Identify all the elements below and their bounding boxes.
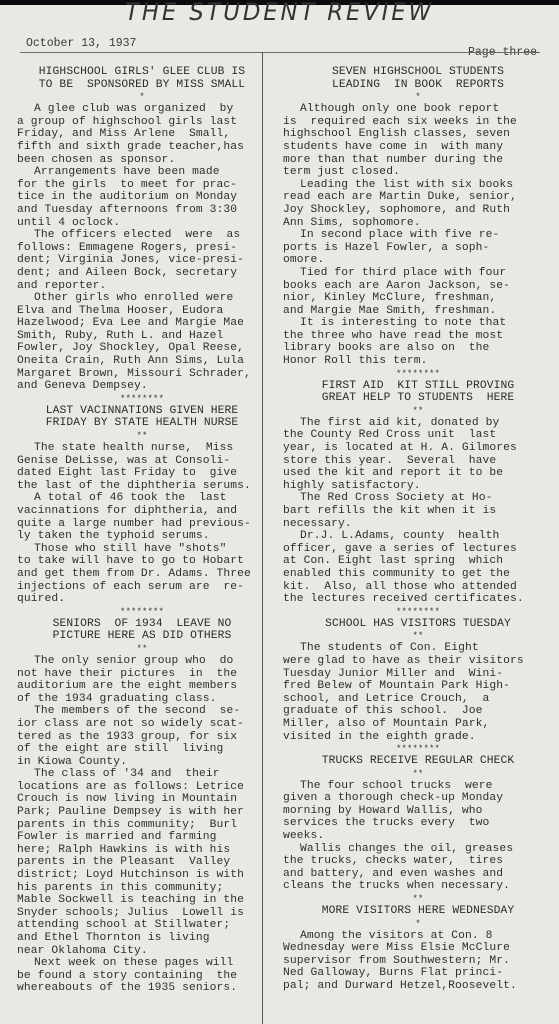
text-line: more than that number during the <box>283 154 553 167</box>
text-line: In second place with five re- <box>283 229 553 242</box>
text-line: dent; and Aileen Bock, secretary <box>17 267 267 280</box>
text-line: Among the visitors at Con. 8 <box>283 930 553 943</box>
article-headline: TO BE SPONSORED BY MISS SMALL <box>17 79 267 92</box>
text-line: highly satisfactory. <box>283 480 553 493</box>
text-line: Crouch is now living in Mountain <box>17 793 267 806</box>
text-line: for the girls to meet for prac- <box>17 179 267 192</box>
text-line: weeks. <box>283 830 553 843</box>
article: SENIORS OF 1934 LEAVE NOPICTURE HERE AS … <box>17 618 267 995</box>
text-line: near Oklahoma City. <box>17 945 267 958</box>
text-line: and Ethel Thornton is living <box>17 932 267 945</box>
text-line: vacinnations for diphtheria, and <box>17 505 267 518</box>
text-line: Arrangements have been made <box>17 166 267 179</box>
article-paragraph: The officers elected were asfollows: Emm… <box>17 229 267 292</box>
text-line: The Red Cross Society at Ho- <box>283 492 553 505</box>
asterisk-marker: ** <box>17 643 267 655</box>
text-line: Miller, also of Mountain Park, <box>283 718 553 731</box>
article-paragraph: Those who still have "shots"to take will… <box>17 543 267 606</box>
article: SEVEN HIGHSCHOOL STUDENTSLEADING IN BOOK… <box>283 66 553 380</box>
text-line: term just closed. <box>283 166 553 179</box>
text-line: Tuesday Junior Miller and Wini- <box>283 668 553 681</box>
text-line: fifth and sixth grade teacher,has <box>17 141 267 154</box>
article-headline: SCHOOL HAS VISITORS TUESDAY <box>283 618 553 631</box>
text-line: graduate of this school. Joe <box>283 705 553 718</box>
asterisk-marker: * <box>17 91 267 103</box>
text-line: Those who still have "shots" <box>17 543 267 556</box>
text-line: Margaret Brown, Missouri Schrader, <box>17 368 267 381</box>
text-line: parents in the Pleasant Valley <box>17 856 267 869</box>
text-line: Park; Pauline Dempsey is with her <box>17 806 267 819</box>
text-line: and get them from Dr. Adams. Three <box>17 568 267 581</box>
text-line: Oneita Crain, Ruth Ann Sims, Lula <box>17 355 267 368</box>
text-line: Fowler is married and farming <box>17 831 267 844</box>
text-line: Genise DeLisse, was at Consoli- <box>17 455 267 468</box>
text-line: Friday, and Miss Arlene Small, <box>17 128 267 141</box>
text-line: enabled this community to get the <box>283 568 553 581</box>
asterisk-marker: ** <box>283 630 553 642</box>
text-line: officer, gave a series of lectures <box>283 543 553 556</box>
text-line: services the trucks every two <box>283 817 553 830</box>
article-paragraph: Next week on these pages willbe found a … <box>17 957 267 995</box>
text-line: A total of 46 took the last <box>17 492 267 505</box>
text-line: The four school trucks were <box>283 780 553 793</box>
article-headline: GREAT HELP TO STUDENTS HERE <box>283 392 553 405</box>
asterisk-marker: ** <box>283 405 553 417</box>
text-line: Other girls who enrolled were <box>17 292 267 305</box>
text-line: The officers elected were as <box>17 229 267 242</box>
article-headline: MORE VISITORS HERE WEDNESDAY <box>283 905 553 918</box>
article-paragraph: The only senior group who donot have the… <box>17 655 267 705</box>
section-separator: ******** <box>283 368 553 380</box>
text-line: dent; Virginia Jones, vice-presi- <box>17 254 267 267</box>
text-line: nior, Kinley McClure, freshman, <box>283 292 553 305</box>
text-line: given a thorough check-up Monday <box>283 792 553 805</box>
text-line: A glee club was organized by <box>17 103 267 116</box>
text-line: used the kit and report it to be <box>283 467 553 480</box>
article-paragraph: The class of '34 and theirlocations are … <box>17 768 267 957</box>
section-separator: ******** <box>17 606 267 618</box>
text-line: Ned Galloway, Burns Flat princi- <box>283 967 553 980</box>
text-line: books each are Aaron Jackson, se- <box>283 280 553 293</box>
text-line: year, is located at H. A. Gilmores <box>283 442 553 455</box>
article: LAST VACINNATIONS GIVEN HEREFRIDAY BY ST… <box>17 405 267 618</box>
article-paragraph: Leading the list with six booksread each… <box>283 179 553 229</box>
text-line: library books are also on the <box>283 342 553 355</box>
article: FIRST AID KIT STILL PROVINGGREAT HELP TO… <box>283 380 553 618</box>
article-headline: PICTURE HERE AS DID OTHERS <box>17 630 267 643</box>
article: SCHOOL HAS VISITORS TUESDAY**The student… <box>283 618 553 755</box>
text-line: The students of Con. Eight <box>283 642 553 655</box>
text-line: Although only one book report <box>283 103 553 116</box>
text-line: of the eight are still living <box>17 743 267 756</box>
text-line: Snyder schools; Julius Lowell is <box>17 907 267 920</box>
article-headline: LAST VACINNATIONS GIVEN HERE <box>17 405 267 418</box>
article: MORE VISITORS HERE WEDNESDAY*Among the v… <box>283 905 553 993</box>
text-line: been chosen as sponsor. <box>17 154 267 167</box>
text-line: and Tuesday afternoons from 3:30 <box>17 204 267 217</box>
text-line: were glad to have as their visitors <box>283 655 553 668</box>
article-paragraph: Dr.J. L.Adams, county healthofficer, gav… <box>283 530 553 606</box>
text-line: the three who have read the most <box>283 330 553 343</box>
text-line: ports is Hazel Fowler, a soph- <box>283 242 553 255</box>
article-paragraph: A glee club was organized bya group of h… <box>17 103 267 166</box>
text-line: Leading the list with six books <box>283 179 553 192</box>
text-line: pal; and Durward Hetzel,Roosevelt. <box>283 980 553 993</box>
text-line: It is interesting to note that <box>283 317 553 330</box>
text-line: the lectures received certificates. <box>283 593 553 606</box>
article-paragraph: The students of Con. Eightwere glad to h… <box>283 642 553 743</box>
asterisk-marker: ** <box>17 430 267 442</box>
right-column: SEVEN HIGHSCHOOL STUDENTSLEADING IN BOOK… <box>283 66 553 993</box>
text-line: his parents in this community; <box>17 882 267 895</box>
text-line: ior class are not so widely scat- <box>17 718 267 731</box>
text-line: the last of the diphtheria serums. <box>17 480 267 493</box>
article: TRUCKS RECEIVE REGULAR CHECK**The four s… <box>283 755 553 905</box>
text-line: necessary. <box>283 518 553 531</box>
text-line: ly taken the typhoid serums. <box>17 530 267 543</box>
text-line: a group of highschool girls last <box>17 116 267 129</box>
text-line: and Margie Mae Smith, freshman. <box>283 305 553 318</box>
text-line: Wednesday were Miss Elsie McClure <box>283 942 553 955</box>
text-line: district; Loyd Hutchinson is with <box>17 869 267 882</box>
text-line: The class of '34 and their <box>17 768 267 781</box>
text-line: Fowler, Joy Shockley, Opal Reese, <box>17 342 267 355</box>
article-headline: SENIORS OF 1934 LEAVE NO <box>17 618 267 631</box>
article-paragraph: The members of the second se-ior class a… <box>17 705 267 768</box>
article-headline: SEVEN HIGHSCHOOL STUDENTS <box>283 66 553 79</box>
text-line: The state health nurse, Miss <box>17 442 267 455</box>
section-separator: ** <box>283 893 553 905</box>
text-line: Ann Sims, sophomore. <box>283 217 553 230</box>
asterisk-marker: * <box>283 91 553 103</box>
article-headline: FIRST AID KIT STILL PROVING <box>283 380 553 393</box>
article-headline: TRUCKS RECEIVE REGULAR CHECK <box>283 755 553 768</box>
text-line: fred Belew of Mountain Park High- <box>283 680 553 693</box>
article-paragraph: Arrangements have been madefor the girls… <box>17 166 267 229</box>
text-line: Wallis changes the oil, greases <box>283 843 553 856</box>
text-line: school, and Letrice Crouch, a <box>283 693 553 706</box>
text-line: read each are Martin Duke, senior, <box>283 191 553 204</box>
text-line: and Geneva Dempsey. <box>17 380 267 393</box>
header-rule <box>20 52 540 53</box>
text-line: Tied for third place with four <box>283 267 553 280</box>
text-line: attending school at Stillwater; <box>17 919 267 932</box>
text-line: Mable Sockwell is teaching in the <box>17 894 267 907</box>
text-line: at Con. Eight last spring which <box>283 555 553 568</box>
text-line: Smith, Ruby, Ruth L. and Hazel <box>17 330 267 343</box>
text-line: of the 1934 graduating class. <box>17 693 267 706</box>
article-paragraph: The first aid kit, donated bythe County … <box>283 417 553 493</box>
text-line: Elva and Thelma Hooser, Eudora <box>17 305 267 318</box>
section-separator: ******** <box>283 606 553 618</box>
text-line: and reporter. <box>17 280 267 293</box>
text-line: parents in this community; Burl <box>17 819 267 832</box>
text-line: the County Red Cross unit last <box>283 429 553 442</box>
text-line: here; Ralph Hawkins is with his <box>17 844 267 857</box>
text-line: Dr.J. L.Adams, county health <box>283 530 553 543</box>
text-line: students have come in with many <box>283 141 553 154</box>
text-line: not have their pictures in the <box>17 668 267 681</box>
article-paragraph: It is interesting to note thatthe three … <box>283 317 553 367</box>
text-line: The only senior group who do <box>17 655 267 668</box>
text-line: the trucks, checks water, tires <box>283 855 553 868</box>
text-line: Next week on these pages will <box>17 957 267 970</box>
article-paragraph: In second place with five re-ports is Ha… <box>283 229 553 267</box>
text-line: to take will have to go to Hobart <box>17 555 267 568</box>
masthead-title: THE STUDENT REVIEW <box>14 0 545 24</box>
text-line: be found a story containing the <box>17 970 267 983</box>
article-headline: FRIDAY BY STATE HEALTH NURSE <box>17 417 267 430</box>
article-paragraph: Among the visitors at Con. 8Wednesday we… <box>283 930 553 993</box>
text-line: morning by Howard Wallis, who <box>283 805 553 818</box>
article-paragraph: The state health nurse, MissGenise DeLis… <box>17 442 267 492</box>
text-line: store this year. Several have <box>283 455 553 468</box>
article: HIGHSCHOOL GIRLS' GLEE CLUB ISTO BE SPON… <box>17 66 267 405</box>
text-line: bart refills the kit when it is <box>283 505 553 518</box>
text-line: visited in the eighth grade. <box>283 731 553 744</box>
text-line: Hazelwood; Eva Lee and Margie Mae <box>17 317 267 330</box>
asterisk-marker: * <box>283 918 553 930</box>
text-line: highschool English classes, seven <box>283 128 553 141</box>
text-line: until 4 oclock. <box>17 217 267 230</box>
text-line: omore. <box>283 254 553 267</box>
article-paragraph: Although only one book reportis required… <box>283 103 553 179</box>
section-separator: ******** <box>17 393 267 405</box>
article-headline: LEADING IN BOOK REPORTS <box>283 79 553 92</box>
text-line: follows: Emmagene Rogers, presi- <box>17 242 267 255</box>
text-line: The first aid kit, donated by <box>283 417 553 430</box>
article-paragraph: A total of 46 took the lastvacinnations … <box>17 492 267 542</box>
text-line: Honor Roll this term. <box>283 355 553 368</box>
text-line: dated Eight last Friday to give <box>17 467 267 480</box>
text-line: tice in the auditorium on Monday <box>17 191 267 204</box>
text-line: in Kiowa County. <box>17 756 267 769</box>
text-line: and battery, and even washes and <box>283 868 553 881</box>
text-line: injections of each serum are re- <box>17 581 267 594</box>
article-paragraph: Tied for third place with fourbooks each… <box>283 267 553 317</box>
asterisk-marker: ** <box>283 768 553 780</box>
text-line: quite a large number had previous- <box>17 518 267 531</box>
text-line: auditorium are the eight members <box>17 680 267 693</box>
text-line: quired. <box>17 593 267 606</box>
text-line: locations are as follows: Letrice <box>17 781 267 794</box>
article-paragraph: The Red Cross Society at Ho-bart refills… <box>283 492 553 530</box>
text-line: is required each six weeks in the <box>283 116 553 129</box>
article-headline: HIGHSCHOOL GIRLS' GLEE CLUB IS <box>17 66 267 79</box>
left-column: HIGHSCHOOL GIRLS' GLEE CLUB ISTO BE SPON… <box>17 66 267 995</box>
article-paragraph: The four school trucks weregiven a thoro… <box>283 780 553 843</box>
article-paragraph: Other girls who enrolled wereElva and Th… <box>17 292 267 393</box>
text-line: supervisor from Southwestern; Mr. <box>283 955 553 968</box>
text-line: tered as the 1933 group, for six <box>17 731 267 744</box>
issue-date: October 13, 1937 <box>26 37 136 50</box>
text-line: cleans the trucks when necessary. <box>283 880 553 893</box>
article-paragraph: Wallis changes the oil, greasesthe truck… <box>283 843 553 893</box>
text-line: The members of the second se- <box>17 705 267 718</box>
text-line: whereabouts of the 1935 seniors. <box>17 982 267 995</box>
section-separator: ******** <box>283 743 553 755</box>
text-line: kit. Also, all those who attended <box>283 581 553 594</box>
text-line: Joy Shockley, sophomore, and Ruth <box>283 204 553 217</box>
